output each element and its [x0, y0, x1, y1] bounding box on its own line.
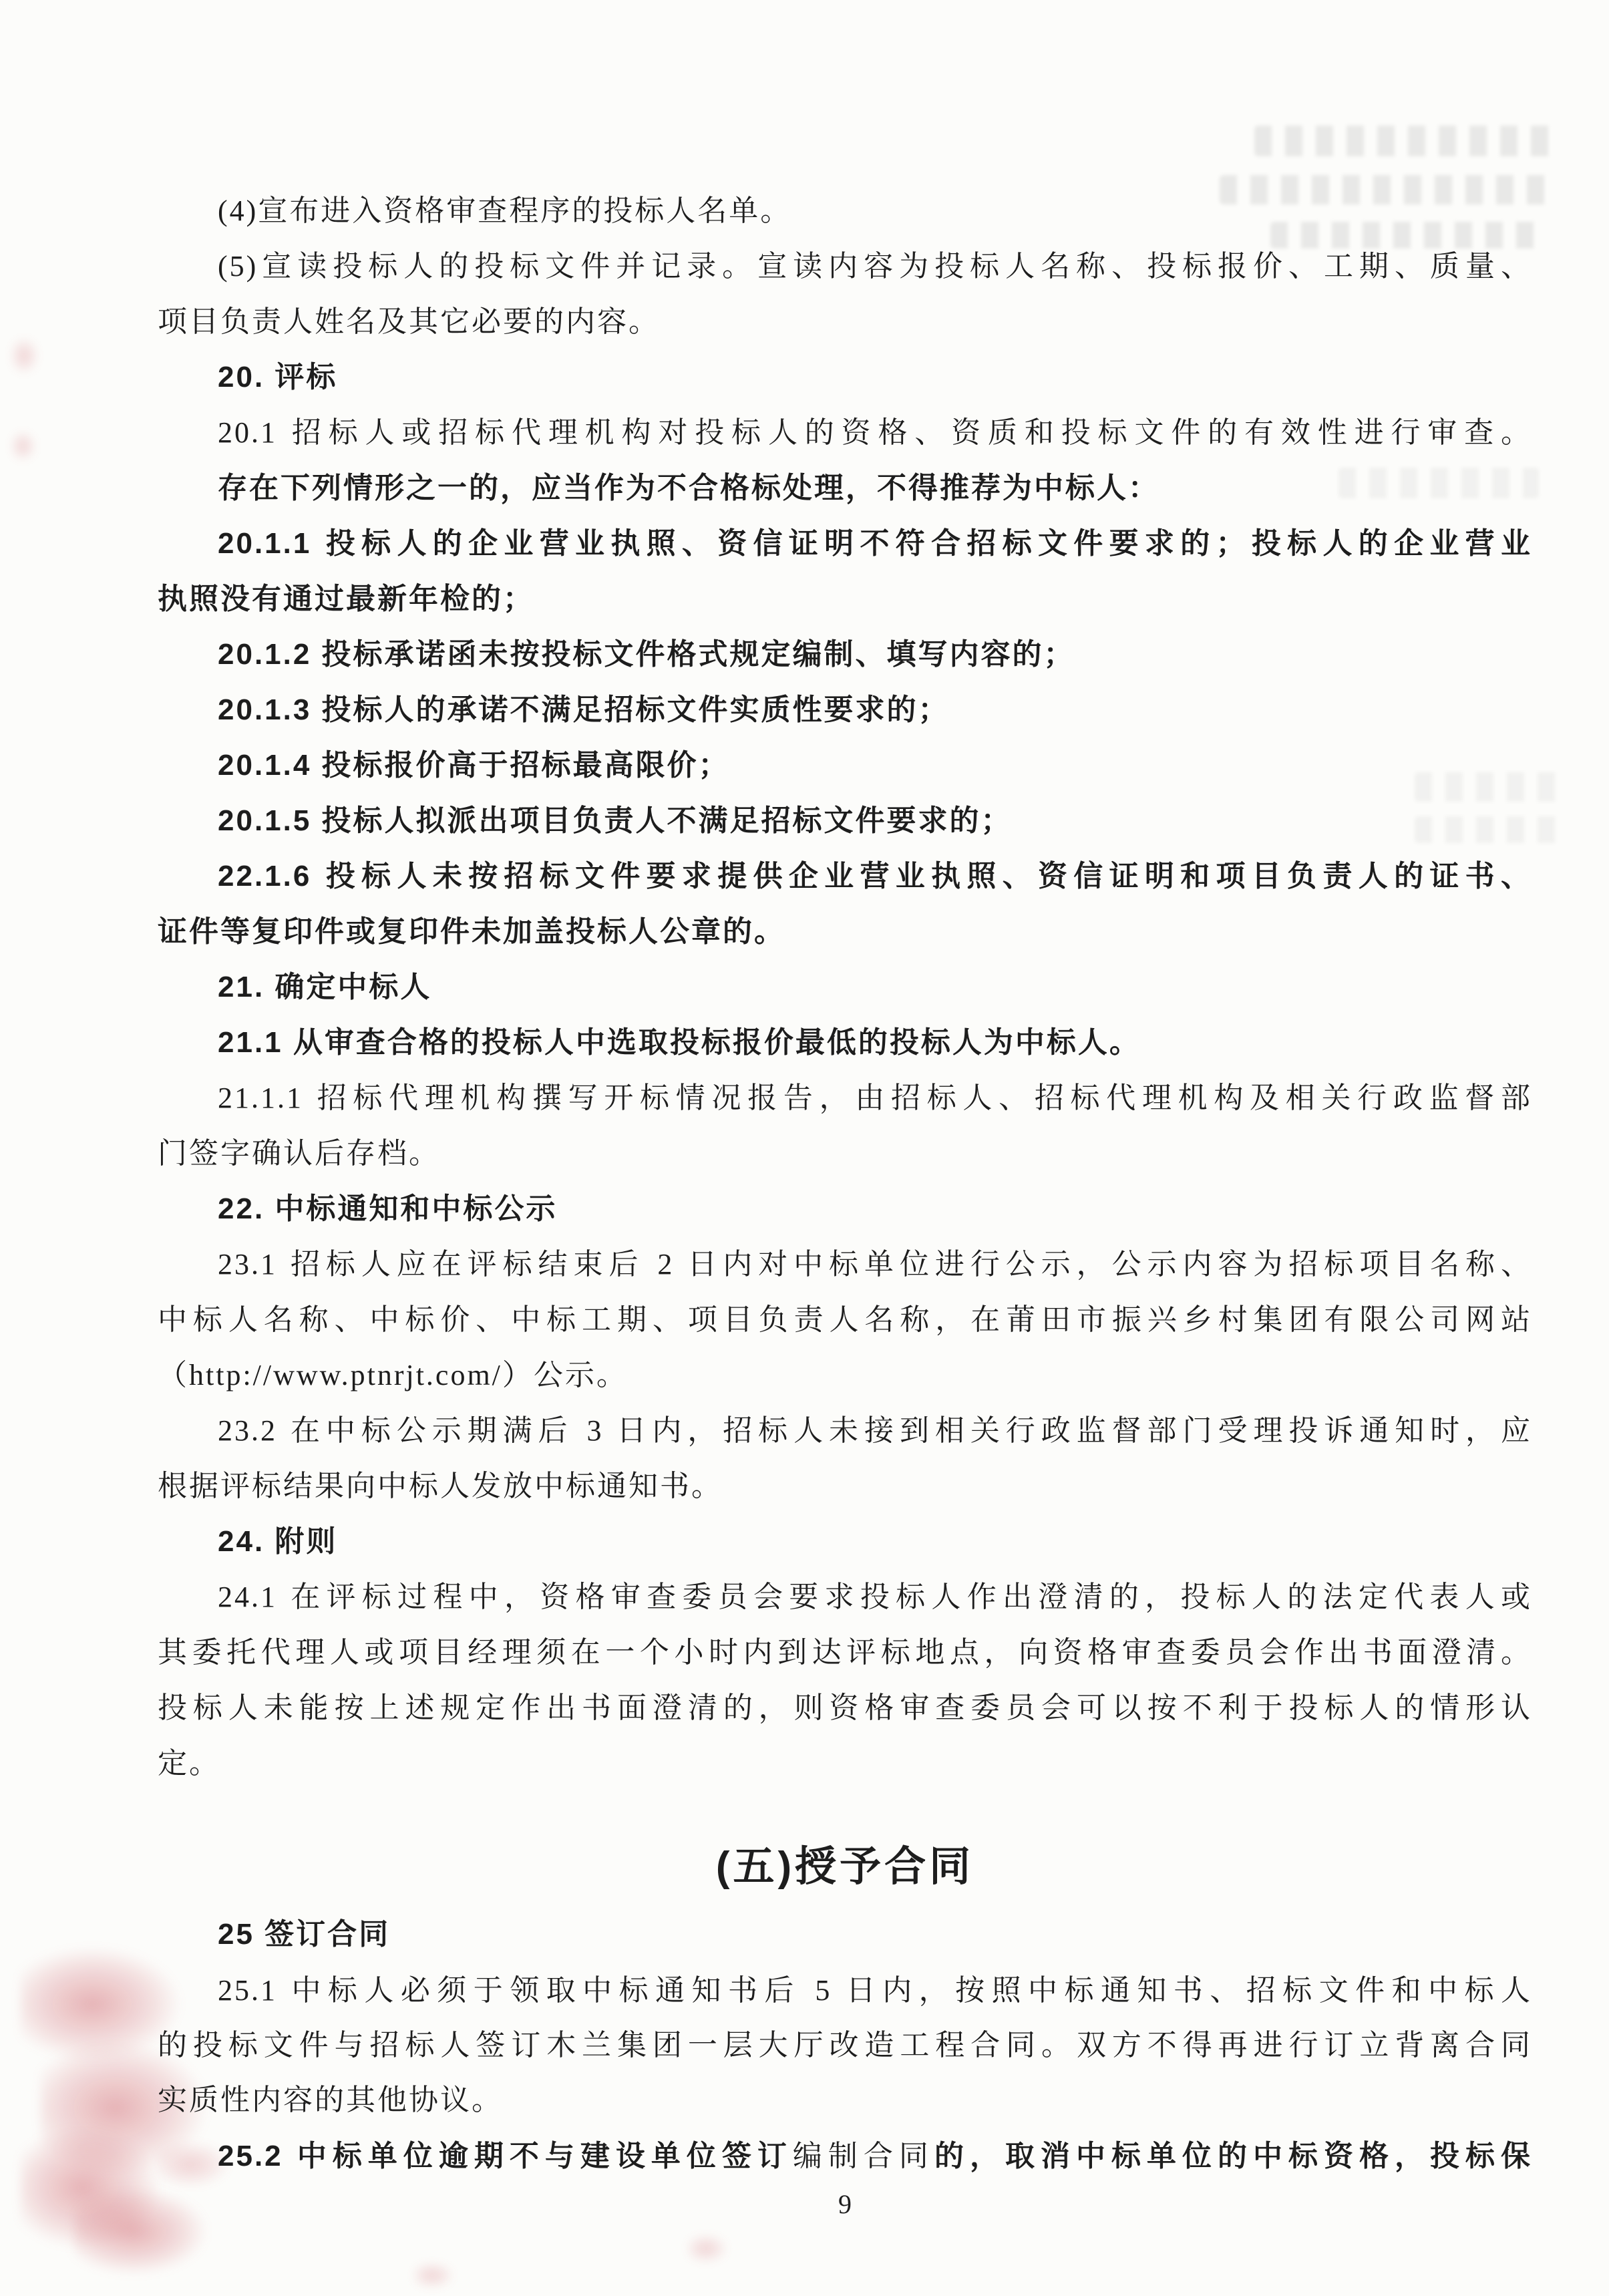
ghost-bleed-mark	[1254, 126, 1552, 156]
text-line: 23.2 在中标公示期满后 3 日内，招标人未接到相关行政监督部门受理投诉通知时…	[158, 1412, 1532, 1449]
text-segment: 24. 附则	[218, 1525, 337, 1558]
text-segment: 证件等复印件或复印件未加盖投标人公章的。	[158, 915, 785, 948]
text-line: 20.1.3 投标人的承诺不满足招标文件实质性要求的；	[158, 691, 1532, 728]
text-line: 21.1 从审查合格的投标人中选取投标报价最低的投标人为中标人。	[158, 1024, 1532, 1061]
text-line: 22. 中标通知和中标公示	[158, 1190, 1532, 1227]
text-line: 20.1.4 投标报价高于招标最高限价；	[158, 747, 1532, 784]
text-line: 存在下列情形之一的，应当作为不合格标处理，不得推荐为中标人：	[158, 470, 1532, 506]
text-line: 证件等复印件或复印件未加盖投标人公章的。	[158, 913, 1532, 950]
text-segment: 20. 评标	[218, 361, 337, 393]
text-segment: 21.1.1 招标代理机构撰写开标情况报告，由招标人、招标代理机构及相关行政监督…	[218, 1082, 1532, 1114]
text-line: （http://www.ptnrjt.com/）公示。	[158, 1357, 1532, 1393]
text-line: 25.1 中标人必须于领取中标通知书后 5 日内，按照中标通知书、招标文件和中标…	[158, 1972, 1532, 2009]
text-line: 投标人未能按上述规定作出书面澄清的，则资格审查委员会可以按不利于投标人的情形认	[158, 1689, 1532, 1726]
text-line: 24. 附则	[158, 1523, 1532, 1560]
text-segment: 23.2 在中标公示期满后 3 日内，招标人未接到相关行政监督部门受理投诉通知时…	[218, 1414, 1532, 1447]
text-segment: 25.2 中标单位逾期不与建设单位签订	[218, 2140, 793, 2172]
text-line: (5)宣读投标人的投标文件并记录。宣读内容为投标人名称、投标报价、工期、质量、	[158, 248, 1532, 285]
text-line: 20.1 招标人或招标代理机构对投标人的资格、资质和投标文件的有效性进行审查。	[158, 414, 1532, 451]
text-line: 其委托代理人或项目经理须在一个小时内到达评标地点，向资格审查委员会作出书面澄清。	[158, 1634, 1532, 1671]
text-segment: 21. 确定中标人	[218, 971, 431, 1003]
text-line: 21.1.1 招标代理机构撰写开标情况报告，由招标人、招标代理机构及相关行政监督…	[158, 1080, 1532, 1116]
text-segment: 根据评标结果向中标人发放中标通知书。	[158, 1470, 723, 1502]
text-segment: 执照没有通过最新年检的；	[158, 583, 534, 615]
text-segment: 投标人未能按上述规定作出书面澄清的，则资格审查委员会可以按不利于投标人的情形认	[158, 1691, 1532, 1724]
text-line: 的投标文件与招标人签订木兰集团一层大厅改造工程合同。双方不得再进行订立背离合同	[158, 2027, 1532, 2064]
stain-mark	[12, 337, 39, 374]
text-segment: 项目负责人姓名及其它必要的内容。	[158, 305, 660, 338]
text-segment: 21.1 从审查合格的投标人中选取投标报价最低的投标人为中标人。	[218, 1026, 1141, 1059]
stain-mark	[414, 2262, 454, 2289]
text-segment: 25.1 中标人必须于领取中标通知书后 5 日内，按照中标通知书、招标文件和中标…	[218, 1974, 1532, 2007]
text-line: 门签字确认后存档。	[158, 1135, 1532, 1172]
text-segment: 编制合同	[793, 2140, 934, 2172]
text-segment: 22. 中标通知和中标公示	[218, 1192, 557, 1225]
text-segment: (5)宣读投标人的投标文件并记录。宣读内容为投标人名称、投标报价、工期、质量、	[218, 250, 1532, 283]
text-segment: 门签字确认后存档。	[158, 1137, 440, 1170]
text-line: 项目负责人姓名及其它必要的内容。	[158, 303, 1532, 340]
text-segment: 20.1.1 投标人的企业营业执照、资信证明不符合招标文件要求的；投标人的企业营…	[218, 527, 1532, 560]
text-segment: 20.1.4 投标报价高于招标最高限价；	[218, 749, 730, 782]
text-segment: 20.1.2 投标承诺函未按投标文件格式规定编制、填写内容的；	[218, 638, 1075, 671]
stain-mark	[12, 431, 36, 461]
text-segment: 23.1 招标人应在评标结束后 2 日内对中标单位进行公示，公示内容为招标项目名…	[218, 1248, 1532, 1281]
text-segment: (五)授予合同	[716, 1844, 974, 1890]
page-number: 9	[158, 2188, 1532, 2220]
stain-mark	[20, 2128, 160, 2248]
text-segment: （http://www.ptnrjt.com/）公示。	[158, 1359, 628, 1391]
stain-mark	[20, 1947, 180, 2061]
text-segment: 定。	[158, 1747, 220, 1780]
text-line: 23.1 招标人应在评标结束后 2 日内对中标单位进行公示，公示内容为招标项目名…	[158, 1246, 1532, 1283]
text-line: 中标人名称、中标价、中标工期、项目负责人名称，在莆田市振兴乡村集团有限公司网站	[158, 1301, 1532, 1338]
text-segment: 24.1 在评标过程中，资格审查委员会要求投标人作出澄清的，投标人的法定代表人或	[218, 1581, 1532, 1613]
text-segment: (4)宣布进入资格审查程序的投标人名单。	[218, 194, 791, 227]
text-segment: 的，取消中标单位的中标资格，投标保	[934, 2140, 1532, 2172]
text-line: 20.1.2 投标承诺函未按投标文件格式规定编制、填写内容的；	[158, 636, 1532, 673]
text-line: 实质性内容的其他协议。	[158, 2082, 1532, 2118]
text-line: 21. 确定中标人	[158, 969, 1532, 1005]
award-section-heading: (五)授予合同	[158, 1841, 1532, 1894]
text-line: 20.1.1 投标人的企业营业执照、资信证明不符合招标文件要求的；投标人的企业营…	[158, 525, 1532, 562]
text-segment: 实质性内容的其他协议。	[158, 2084, 503, 2116]
text-segment: 20.1.5 投标人拟派出项目负责人不满足招标文件要求的；	[218, 804, 1013, 837]
text-line: 根据评标结果向中标人发放中标通知书。	[158, 1468, 1532, 1504]
text-segment: 的投标文件与招标人签订木兰集团一层大厅改造工程合同。双方不得再进行订立背离合同	[158, 2029, 1532, 2062]
text-segment: 22.1.6 投标人未按招标文件要求提供企业营业执照、资信证明和项目负责人的证书…	[218, 860, 1532, 892]
text-line: (4)宣布进入资格审查程序的投标人名单。	[158, 192, 1532, 229]
text-line: 定。	[158, 1745, 1532, 1782]
text-segment: 其委托代理人或项目经理须在一个小时内到达评标地点，向资格审查委员会作出书面澄清。	[158, 1636, 1532, 1669]
text-line: 25.2 中标单位逾期不与建设单位签订编制合同的，取消中标单位的中标资格，投标保	[158, 2138, 1532, 2174]
text-segment: 25 签订合同	[218, 1918, 390, 1951]
text-segment: 20.1.3 投标人的承诺不满足招标文件实质性要求的；	[218, 693, 950, 726]
stain-mark	[688, 2234, 728, 2263]
text-line: 执照没有通过最新年检的；	[158, 581, 1532, 617]
text-line: 20.1.5 投标人拟派出项目负责人不满足招标文件要求的；	[158, 802, 1532, 839]
text-segment: 20.1 招标人或招标代理机构对投标人的资格、资质和投标文件的有效性进行审查。	[218, 416, 1532, 449]
text-line: 24.1 在评标过程中，资格审查委员会要求投标人作出澄清的，投标人的法定代表人或	[158, 1579, 1532, 1615]
text-segment: 存在下列情形之一的，应当作为不合格标处理，不得推荐为中标人：	[218, 472, 1159, 504]
text-line: 25 签订合同	[158, 1916, 1532, 1953]
text-line: 22.1.6 投标人未按招标文件要求提供企业营业执照、资信证明和项目负责人的证书…	[158, 858, 1532, 894]
document-page: (4)宣布进入资格审查程序的投标人名单。(5)宣读投标人的投标文件并记录。宣读内…	[0, 0, 1609, 2296]
text-segment: 中标人名称、中标价、中标工期、项目负责人名称，在莆田市振兴乡村集团有限公司网站	[158, 1303, 1532, 1336]
text-line: 20. 评标	[158, 359, 1532, 395]
